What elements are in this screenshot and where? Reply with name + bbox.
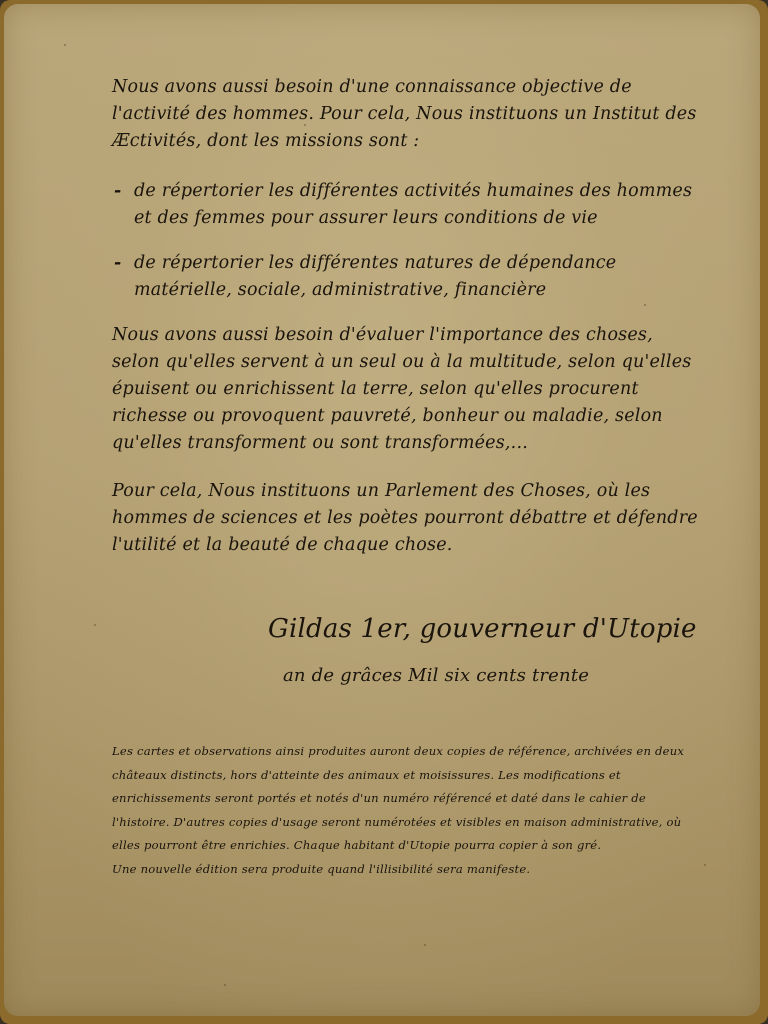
mission-item: - de répertorier les différentes natures… (112, 250, 702, 304)
date-line: an de grâces Mil six cents trente (283, 664, 589, 688)
missions-list-2: - de répertorier les différentes natures… (112, 250, 702, 304)
footnote: Les cartes et observations ainsi produit… (112, 740, 692, 881)
paragraph-1-text: Nous avons aussi besoin d'une connaissan… (112, 74, 702, 155)
bullet-dash: - (114, 178, 121, 205)
paper-speck (64, 44, 66, 46)
bullet-dash: - (114, 250, 121, 277)
paragraph-3-text: Pour cela, Nous instituons un Parlement … (112, 478, 702, 559)
paragraph-institute: Nous avons aussi besoin d'une connaissan… (112, 74, 702, 155)
signature: Gildas 1er, gouverneur d'Utopie (268, 612, 697, 646)
paper-speck (644, 304, 646, 306)
paper-speck (424, 944, 426, 946)
mission-item: - de répertorier les différentes activit… (112, 178, 702, 232)
missions-list: - de répertorier les différentes activit… (112, 178, 702, 232)
paragraph-parliament: Pour cela, Nous instituons un Parlement … (112, 478, 702, 559)
paper-speck (94, 624, 96, 626)
paper-speck (224, 984, 226, 986)
mission-item-text: de répertorier les différentes natures d… (134, 253, 616, 300)
paragraph-2-text: Nous avons aussi besoin d'évaluer l'impo… (112, 322, 702, 457)
mission-item-text: de répertorier les différentes activités… (134, 181, 692, 228)
paragraph-evaluation: Nous avons aussi besoin d'évaluer l'impo… (112, 322, 702, 457)
footnote-text: Les cartes et observations ainsi produit… (112, 740, 692, 858)
footnote-last-line: Une nouvelle édition sera produite quand… (112, 858, 692, 882)
paper-speck (704, 864, 706, 866)
